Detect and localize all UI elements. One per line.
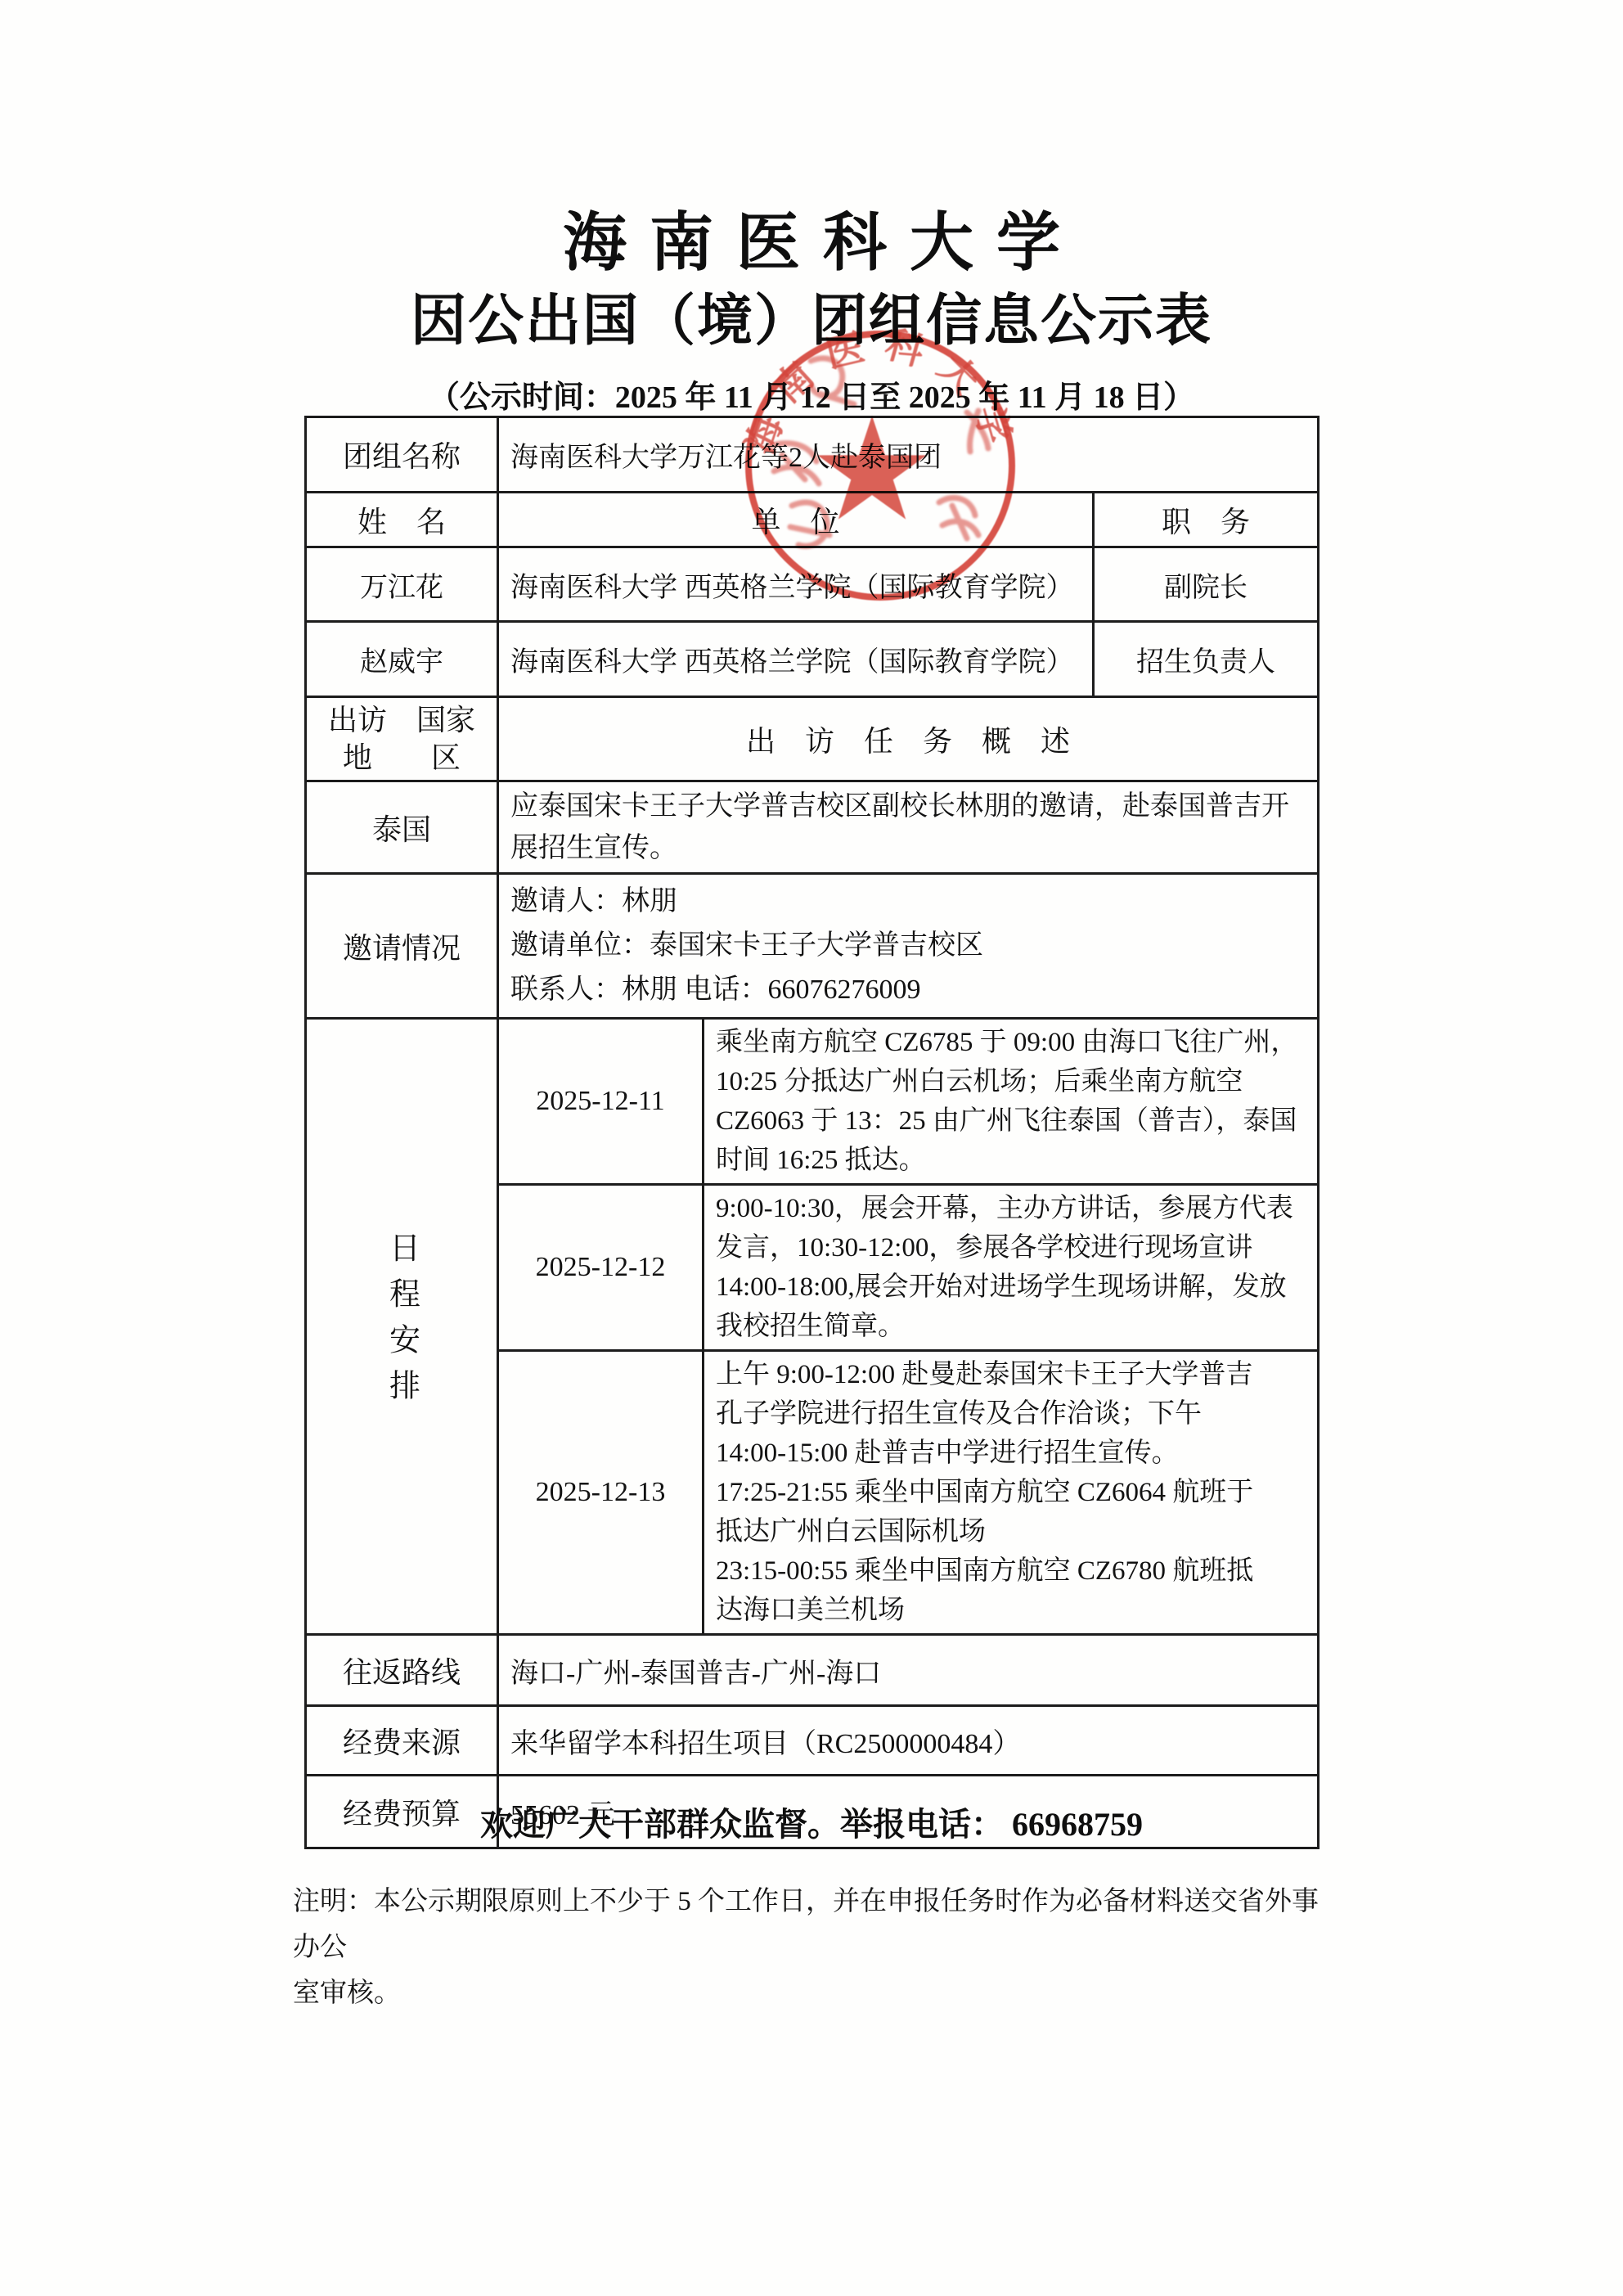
table-row-member: 赵威宇 海南医科大学 西英格兰学院（国际教育学院） 招生负责人: [306, 622, 1319, 697]
invitation-contact: 联系人：林朋 电话：66076276009: [510, 968, 1306, 1012]
invitation-inviter: 邀请人：林朋: [510, 880, 1306, 924]
route-label: 往返路线: [306, 1635, 498, 1706]
document-page: 海南医科大学 因公出国（境）团组信息公示表 （公示时间：2025 年 11 月 …: [0, 0, 1623, 2296]
footnote-line2: 室审核。: [293, 1970, 1332, 2016]
col-header-duty: 职 务: [1094, 493, 1319, 547]
row-invitation: 邀请情况 邀请人：林朋 邀请单位：泰国宋卡王子大学普吉校区 联系人：林朋 电话：…: [306, 874, 1319, 1019]
schedule-date: 2025-12-13: [498, 1351, 704, 1635]
member-name: 万江花: [306, 547, 498, 622]
visit-region-label-line1: 出访 国家: [318, 701, 485, 739]
member-unit: 海南医科大学 西英格兰学院（国际教育学院）: [498, 622, 1094, 697]
visit-region-label: 出访 国家 地 区: [306, 697, 498, 781]
invitation-details: 邀请人：林朋 邀请单位：泰国宋卡王子大学普吉校区 联系人：林朋 电话：66076…: [498, 874, 1319, 1019]
row-group-name: 团组名称 海南医科大学万江花等2人赴泰国团: [306, 417, 1319, 493]
member-name: 赵威宇: [306, 622, 498, 697]
footnote: 注明：本公示期限原则上不少于 5 个工作日，并在申报任务时作为必备材料送交省外事…: [293, 1879, 1332, 2016]
route-value: 海口-广州-泰国普吉-广州-海口: [498, 1635, 1319, 1706]
col-header-name: 姓 名: [306, 493, 498, 547]
invitation-unit: 邀请单位：泰国宋卡王子大学普吉校区: [510, 924, 1306, 968]
visit-region-label-line2: 地 区: [318, 739, 485, 777]
schedule-date: 2025-12-12: [498, 1185, 704, 1351]
schedule-label-cell: 日程安排: [306, 1019, 498, 1635]
row-country: 泰国 应泰国宋卡王子大学普吉校区副校长林朋的邀请，赴泰国普吉开展招生宣传。: [306, 781, 1319, 874]
col-header-unit: 单 位: [498, 493, 1094, 547]
row-schedule-day1: 日程安排 2025-12-11 乘坐南方航空 CZ6785 于 09:00 由海…: [306, 1019, 1319, 1185]
group-name-value: 海南医科大学万江花等2人赴泰国团: [498, 417, 1319, 493]
page-title-line2: 因公出国（境）团组信息公示表: [0, 281, 1623, 360]
publicity-period: （公示时间：2025 年 11 月 12 日至 2025 年 11 月 18 日…: [0, 371, 1623, 416]
supervision-hotline: 欢迎广大干部群众监督。举报电话： 66968759: [0, 1799, 1623, 1845]
funding-value: 来华留学本科招生项目（RC2500000484）: [498, 1706, 1319, 1776]
row-visit-header: 出访 国家 地 区 出 访 任 务 概 述: [306, 697, 1319, 781]
member-duty: 招生负责人: [1094, 622, 1319, 697]
schedule-detail: 上午 9:00-12:00 赴曼赴泰国宋卡王子大学普吉 孔子学院进行招生宣传及合…: [704, 1351, 1319, 1635]
schedule-date: 2025-12-11: [498, 1019, 704, 1185]
task-summary: 应泰国宋卡王子大学普吉校区副校长林朋的邀请，赴泰国普吉开展招生宣传。: [498, 781, 1319, 874]
member-duty: 副院长: [1094, 547, 1319, 622]
visit-task-header: 出 访 任 务 概 述: [498, 697, 1319, 781]
schedule-detail: 9:00-10:30，展会开幕，主办方讲话，参展方代表发言，10:30-12:0…: [704, 1185, 1319, 1351]
row-funding-source: 经费来源 来华留学本科招生项目（RC2500000484）: [306, 1706, 1319, 1776]
document-header: 海南医科大学 因公出国（境）团组信息公示表 （公示时间：2025 年 11 月 …: [0, 205, 1623, 416]
funding-label: 经费来源: [306, 1706, 498, 1776]
row-member-header: 姓 名 单 位 职 务: [306, 493, 1319, 547]
footnote-line1: 注明：本公示期限原则上不少于 5 个工作日，并在申报任务时作为必备材料送交省外事…: [293, 1879, 1332, 1970]
page-title-line1: 海南医科大学: [0, 205, 1623, 281]
delegation-info-table: 团组名称 海南医科大学万江花等2人赴泰国团 姓 名 单 位 职 务 万江花 海南…: [304, 416, 1320, 1849]
schedule-label: 日程安排: [380, 1231, 425, 1415]
invitation-label: 邀请情况: [306, 874, 498, 1019]
group-name-label: 团组名称: [306, 417, 498, 493]
country-name: 泰国: [306, 781, 498, 874]
schedule-detail: 乘坐南方航空 CZ6785 于 09:00 由海口飞往广州，10:25 分抵达广…: [704, 1019, 1319, 1185]
row-route: 往返路线 海口-广州-泰国普吉-广州-海口: [306, 1635, 1319, 1706]
table-row-member: 万江花 海南医科大学 西英格兰学院（国际教育学院） 副院长: [306, 547, 1319, 622]
member-unit: 海南医科大学 西英格兰学院（国际教育学院）: [498, 547, 1094, 622]
